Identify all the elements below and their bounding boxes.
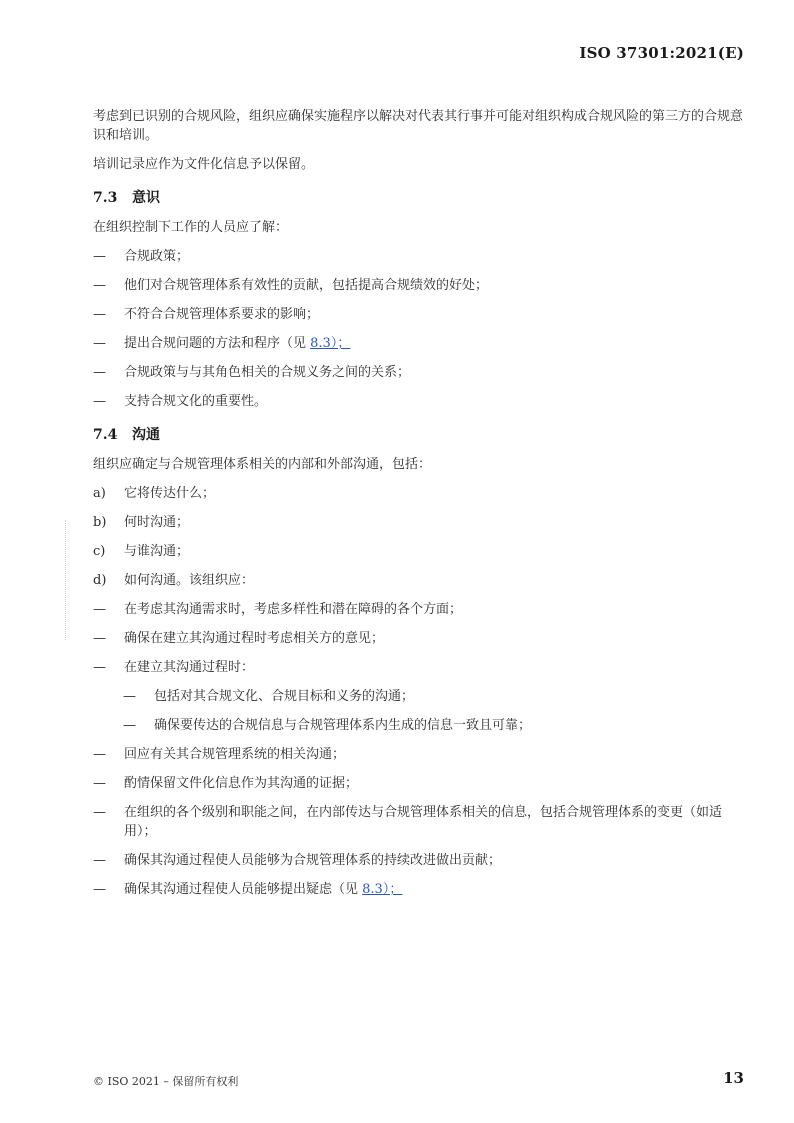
list-item: —合规政策； [93,247,753,266]
lettered-item: a)它将传达什么； [93,484,753,503]
dash-bullet: — [93,334,124,353]
list-item: —在考虑其沟通需求时，考虑多样性和潜在障碍的各个方面； [93,600,753,619]
page-body: 考虑到已识别的合规风险，组织应确保实施程序以解决对代表其行事并可能对组织构成合规… [93,107,753,909]
dash-bullet: — [123,687,154,706]
list-item: —在组织的各个级别和职能之间，在内部传达与合规管理体系相关的信息，包括合规管理体… [93,803,753,841]
list-item: —回应有关其合规管理系统的相关沟通； [93,745,753,764]
list-item: —支持合规文化的重要性。 [93,392,753,411]
dash-bullet: — [93,629,124,648]
copyright-notice: © ISO 2021 – 保留所有权利 [93,1073,238,1089]
document-id: ISO 37301:2021(E) [579,44,744,62]
letter-marker: b) [93,513,124,532]
lettered-item: b)何时沟通； [93,513,753,532]
dash-bullet: — [123,716,154,735]
list-item: —在建立其沟通过程时： [93,658,753,677]
dash-bullet: — [93,276,124,295]
dash-bullet: — [93,363,124,382]
list-item: —提出合规问题的方法和程序（见 8.3）； [93,334,753,353]
page-number: 13 [723,1069,744,1087]
dash-bullet: — [93,745,124,764]
list-item: —确保其沟通过程使人员能够提出疑虑（见 8.3）； [93,880,753,899]
list-item: —确保在建立其沟通过程时考虑相关方的意见； [93,629,753,648]
dash-bullet: — [93,774,124,793]
letter-marker: d) [93,571,124,590]
section-title: 意识 [132,190,160,206]
margin-dotted-line [65,520,68,640]
clause-link-8-3[interactable]: 8.3）； [310,336,350,351]
intro-paragraph-1: 考虑到已识别的合规风险，组织应确保实施程序以解决对代表其行事并可能对组织构成合规… [93,107,753,145]
section-lead: 在组织控制下工作的人员应了解： [93,218,753,237]
section-number: 7.3 [93,188,132,208]
sub-list-item: —确保要传达的合规信息与合规管理体系内生成的信息一致且可靠； [93,716,753,735]
list-item: —酌情保留文件化信息作为其沟通的证据； [93,774,753,793]
lettered-item: d)如何沟通。该组织应： [93,571,753,590]
dash-bullet: — [93,247,124,266]
dash-bullet: — [93,880,124,899]
section-heading-7-3: 7.3意识 [93,188,753,208]
list-item: —确保其沟通过程使人员能够为合规管理体系的持续改进做出贡献； [93,851,753,870]
dash-bullet: — [93,803,124,841]
letter-marker: c) [93,542,124,561]
section-lead: 组织应确定与合规管理体系相关的内部和外部沟通，包括： [93,455,753,474]
section-heading-7-4: 7.4沟通 [93,425,753,445]
list-item: —合规政策与与其角色相关的合规义务之间的关系； [93,363,753,382]
dash-bullet: — [93,851,124,870]
list-item: —他们对合规管理体系有效性的贡献，包括提高合规绩效的好处； [93,276,753,295]
section-title: 沟通 [132,427,160,443]
dash-bullet: — [93,658,124,677]
lettered-item: c)与谁沟通； [93,542,753,561]
list-item: —不符合合规管理体系要求的影响； [93,305,753,324]
section-number: 7.4 [93,425,132,445]
clause-link-8-3[interactable]: 8.3）； [362,882,402,897]
dash-bullet: — [93,305,124,324]
dash-bullet: — [93,600,124,619]
intro-paragraph-2: 培训记录应作为文件化信息予以保留。 [93,155,753,174]
letter-marker: a) [93,484,124,503]
sub-list-item: —包括对其合规文化、合规目标和义务的沟通； [93,687,753,706]
dash-bullet: — [93,392,124,411]
